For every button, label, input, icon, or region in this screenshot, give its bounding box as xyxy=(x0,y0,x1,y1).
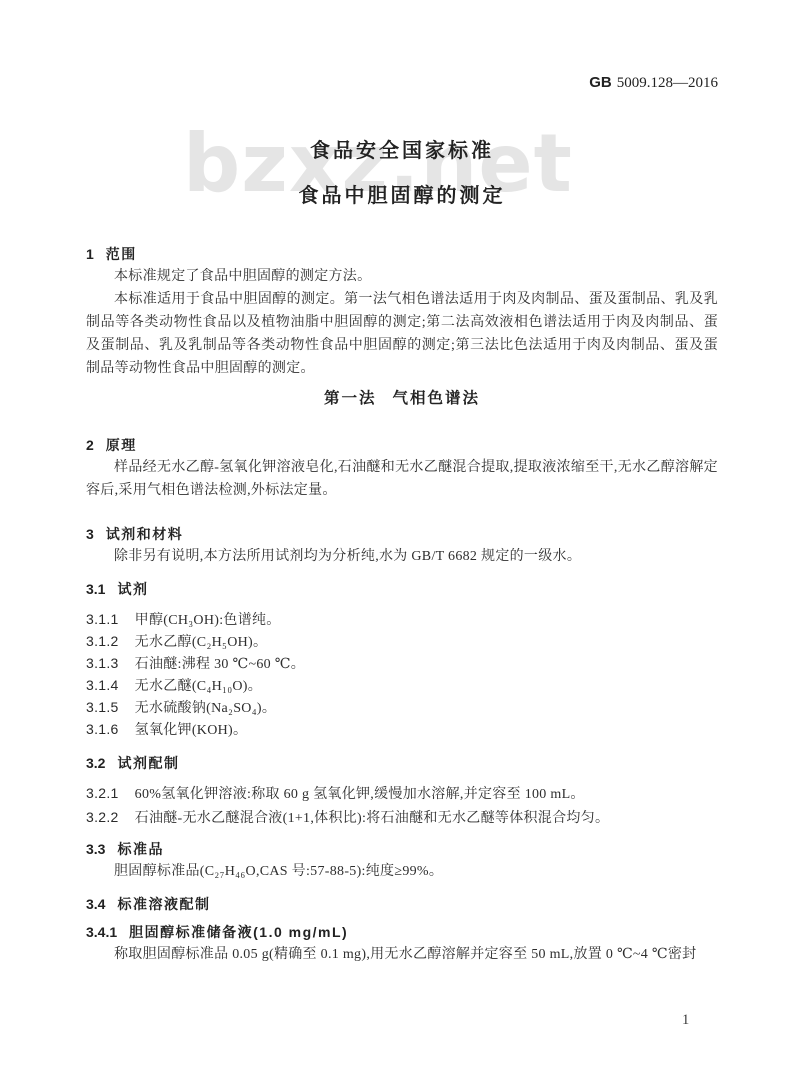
clause-text: 无水乙醚(C₄H₁₀O)。 xyxy=(135,679,262,694)
standard-number: GB5009.128—2016 xyxy=(86,74,718,92)
clause-number: 3.1.1 xyxy=(86,611,119,627)
clause-number: 3.2.1 xyxy=(86,785,119,801)
document-page: bzxz.net GB5009.128—2016 食品安全国家标准 食品中胆固醇… xyxy=(0,0,800,1090)
reagent-item: 3.1.1甲醇(CH₃OH):色谱纯。 xyxy=(86,609,718,631)
section-3-2-heading: 3.2试剂配制 xyxy=(86,752,718,774)
clause-number: 3.1.6 xyxy=(86,721,119,737)
standard-code: 5009.128—2016 xyxy=(617,75,718,91)
section-3-3-label: 标准品 xyxy=(117,841,164,857)
document-title-line1: 食品安全国家标准 xyxy=(86,138,718,164)
section-2-number: 2 xyxy=(86,437,94,453)
section-3-3-number: 3.3 xyxy=(86,841,105,857)
scope-paragraph-1: 本标准规定了食品中胆固醇的测定方法。 xyxy=(86,265,718,288)
clause-number: 3.1.3 xyxy=(86,655,119,671)
preparation-item: 3.2.160%氢氧化钾溶液:称取 60 g 氢氧化钾,缓慢加水溶解,并定容至 … xyxy=(86,782,718,806)
clause-text: 无水乙醇(C₂H₅OH)。 xyxy=(135,635,268,650)
reagent-preparation-list: 3.2.160%氢氧化钾溶液:称取 60 g 氢氧化钾,缓慢加水溶解,并定容至 … xyxy=(86,782,718,830)
standard-prefix: GB xyxy=(589,74,612,91)
clause-number: 3.2.2 xyxy=(86,809,119,825)
section-1-heading: 1范围 xyxy=(86,243,718,265)
stock-solution-paragraph: 称取胆固醇标准品 0.05 g(精确至 0.1 mg),用无水乙醇溶解并定容至 … xyxy=(86,943,718,966)
section-3-1-label: 试剂 xyxy=(117,581,148,597)
section-3-1-heading: 3.1试剂 xyxy=(86,578,718,600)
section-2-heading: 2原理 xyxy=(86,434,718,456)
section-3-2-label: 试剂配制 xyxy=(117,755,179,771)
reagent-item: 3.1.3石油醚:沸程 30 ℃~60 ℃。 xyxy=(86,653,718,675)
section-3-label: 试剂和材料 xyxy=(106,526,184,542)
standard-substance-paragraph: 胆固醇标准品(C₂₇H₄₆O,CAS 号:57-88-5):纯度≥99%。 xyxy=(86,860,718,883)
clause-text: 石油醚:沸程 30 ℃~60 ℃。 xyxy=(135,657,305,672)
clause-text: 60%氢氧化钾溶液:称取 60 g 氢氧化钾,缓慢加水溶解,并定容至 100 m… xyxy=(135,787,585,802)
section-1-number: 1 xyxy=(86,246,94,262)
clause-number: 3.1.4 xyxy=(86,677,119,693)
method-1-heading: 第一法气相色谱法 xyxy=(86,387,718,411)
clause-text: 无水硫酸钠(Na₂SO₄)。 xyxy=(135,701,277,716)
clause-text: 石油醚-无水乙醚混合液(1+1,体积比):将石油醚和无水乙醚等体积混合均匀。 xyxy=(135,811,610,826)
principle-paragraph: 样品经无水乙醇-氢氧化钾溶液皂化,石油醚和无水乙醚混合提取,提取液浓缩至干,无水… xyxy=(86,456,718,502)
preparation-item: 3.2.2石油醚-无水乙醚混合液(1+1,体积比):将石油醚和无水乙醚等体积混合… xyxy=(86,806,718,830)
reagent-item: 3.1.4无水乙醚(C₄H₁₀O)。 xyxy=(86,675,718,697)
section-3-heading: 3试剂和材料 xyxy=(86,523,718,545)
section-3-2-number: 3.2 xyxy=(86,755,105,771)
section-3-4-label: 标准溶液配制 xyxy=(117,896,210,912)
section-3-4-number: 3.4 xyxy=(86,896,105,912)
clause-number: 3.1.5 xyxy=(86,699,119,715)
page-number: 1 xyxy=(682,1012,689,1029)
section-3-3-heading: 3.3标准品 xyxy=(86,838,718,860)
section-3-4-heading: 3.4标准溶液配制 xyxy=(86,893,718,915)
reagent-list: 3.1.1甲醇(CH₃OH):色谱纯。 3.1.2无水乙醇(C₂H₅OH)。 3… xyxy=(86,609,718,741)
reagent-item: 3.1.2无水乙醇(C₂H₅OH)。 xyxy=(86,631,718,653)
reagent-item: 3.1.5无水硫酸钠(Na₂SO₄)。 xyxy=(86,697,718,719)
section-2-label: 原理 xyxy=(106,437,137,453)
section-3-number: 3 xyxy=(86,526,94,542)
section-3-1-number: 3.1 xyxy=(86,581,105,597)
reagents-intro-paragraph: 除非另有说明,本方法所用试剂均为分析纯,水为 GB/T 6682 规定的一级水。 xyxy=(86,545,718,568)
method-1-number: 第一法 xyxy=(324,390,377,407)
page-content: GB5009.128—2016 食品安全国家标准 食品中胆固醇的测定 1范围 本… xyxy=(0,0,800,966)
document-title-line2: 食品中胆固醇的测定 xyxy=(86,183,718,209)
scope-paragraph-2: 本标准适用于食品中胆固醇的测定。第一法气相色谱法适用于肉及肉制品、蛋及蛋制品、乳… xyxy=(86,288,718,380)
clause-text: 氢氧化钾(KOH)。 xyxy=(135,723,248,738)
section-1-label: 范围 xyxy=(106,246,137,262)
section-3-4-1-number: 3.4.1 xyxy=(86,924,117,940)
reagent-item: 3.1.6氢氧化钾(KOH)。 xyxy=(86,719,718,741)
section-3-4-1-label: 胆固醇标准储备液(1.0 mg/mL) xyxy=(129,924,348,940)
clause-number: 3.1.2 xyxy=(86,633,119,649)
section-3-4-1-heading: 3.4.1胆固醇标准储备液(1.0 mg/mL) xyxy=(86,921,718,943)
method-1-title: 气相色谱法 xyxy=(393,390,481,407)
clause-text: 甲醇(CH₃OH):色谱纯。 xyxy=(135,613,281,628)
